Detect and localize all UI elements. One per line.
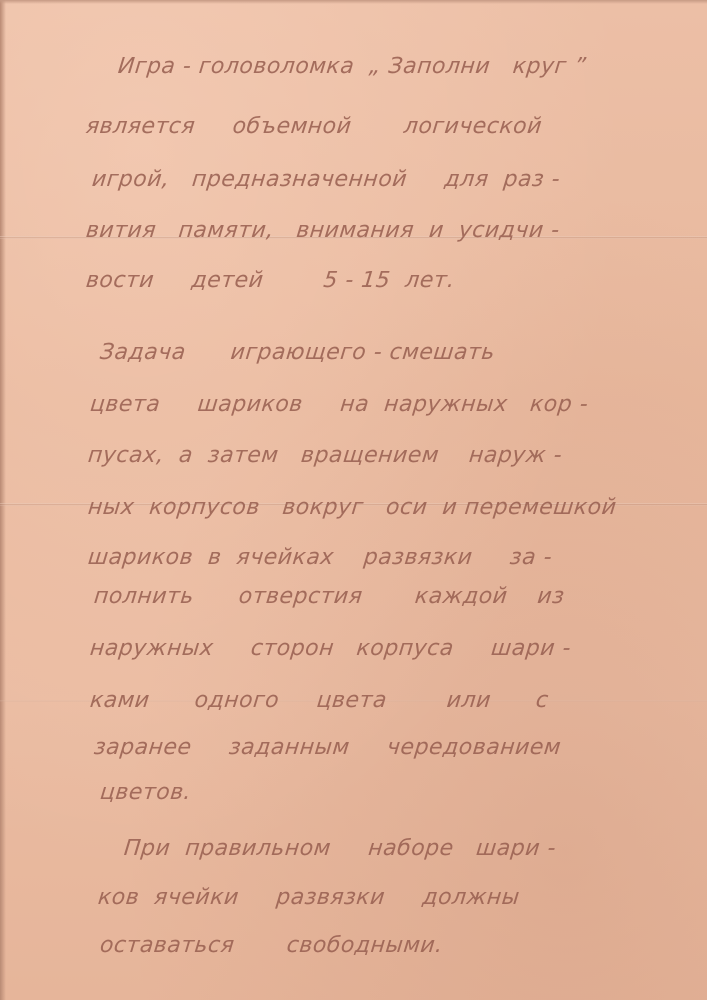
text-line: оставаться свободными.	[99, 933, 444, 958]
scanned-page: Игра - головоломка „ Заполни круг ” явля…	[0, 0, 707, 1000]
text-line: полнить отверстия каждой из	[93, 584, 566, 609]
text-line: Задача играющего - смешать	[99, 340, 497, 365]
text-line: ками одного цвета или с	[89, 688, 550, 713]
text-line: шариков в ячейках развязки за -	[87, 545, 554, 570]
text-line: заранее заданным чередованием	[93, 735, 563, 760]
paper-edge-left	[0, 0, 6, 1000]
text-line: пусах, а затем вращением наруж -	[87, 443, 564, 468]
text-line: цвета шариков на наружных кор -	[89, 392, 590, 417]
text-line: вости детей 5 - 15 лет.	[85, 268, 456, 293]
paper-edge-top	[0, 0, 707, 4]
text-line: При правильном наборе шари -	[123, 836, 558, 861]
text-line: ных корпусов вокруг оси и перемешкой	[87, 495, 618, 520]
text-line: наружных сторон корпуса шари -	[89, 636, 573, 661]
text-line: Игра - головоломка „ Заполни круг ”	[117, 54, 588, 79]
text-line: вития памяти, внимания и усидчи -	[85, 218, 561, 243]
text-line: ков ячейки развязки должны	[97, 885, 521, 910]
text-line: цветов.	[99, 780, 193, 805]
text-line: игрой, предназначенной для раз -	[91, 167, 562, 192]
text-line: является объемной логической	[85, 114, 544, 139]
